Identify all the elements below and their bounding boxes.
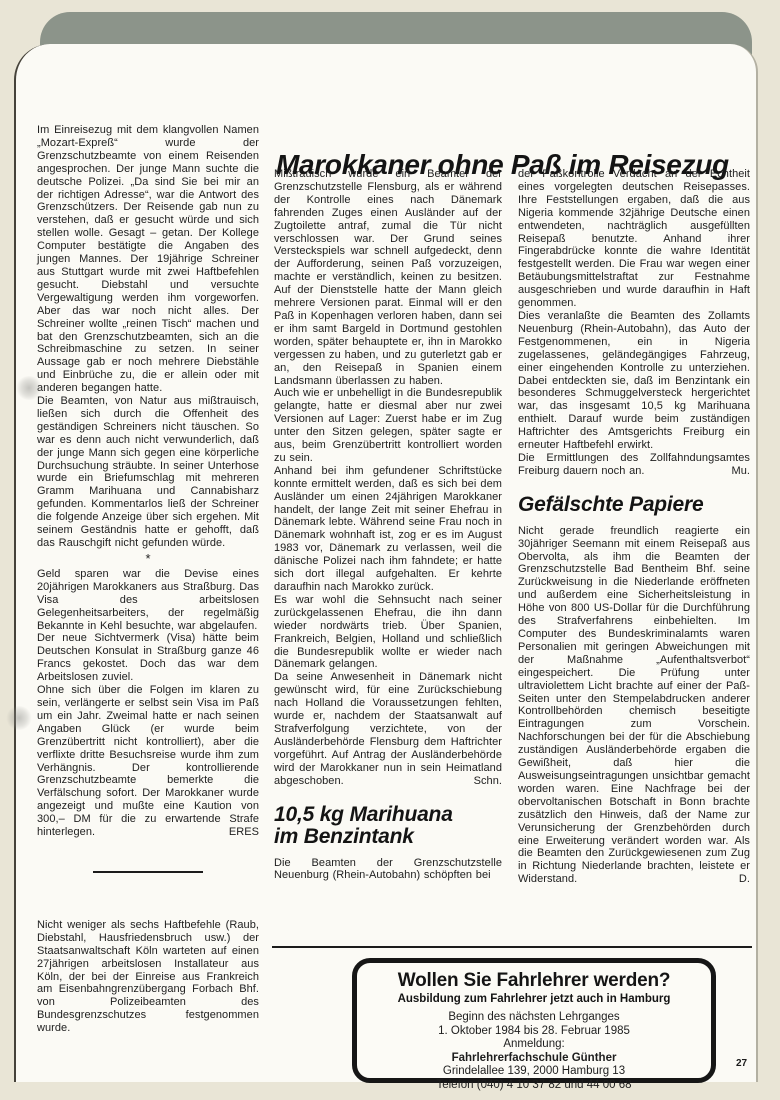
author-byline: Mu.	[724, 465, 751, 478]
magazine-page: { "page": { "number": "27" }, "colors": …	[0, 0, 780, 1100]
article-paragraph: Die Ermittlungen des Zollfahndungsamtes …	[518, 452, 750, 478]
right-column: der Paßkontrolle Verdacht an der Echthei…	[518, 168, 750, 886]
article-paragraph: Nicht weniger als sechs Haftbefehle (Rau…	[37, 919, 259, 1035]
ad-line: Anmeldung:	[357, 1038, 711, 1052]
article-paragraph: der Paßkontrolle Verdacht an der Echthei…	[518, 168, 750, 310]
paragraph-text: Nicht gerade freundlich reagierte ein 30…	[518, 525, 750, 885]
article-paragraph: Die Beamten der Grenzschutzstelle Neuenb…	[274, 857, 502, 883]
page-number: 27	[736, 1058, 747, 1069]
article-paragraph: Geld sparen war die Devise eines 20jähri…	[37, 568, 259, 633]
article-paragraph: Die Beamten, von Natur aus mißtrauisch, …	[37, 395, 259, 550]
left-column: Im Einreisezug mit dem klangvollen Namen…	[37, 124, 259, 1035]
paragraph-text: Ohne sich über die Folgen im klaren zu s…	[37, 684, 259, 838]
author-byline: ERES	[221, 826, 259, 839]
article-paragraph: Mißtrauisch wurde ein Beamter der Grenzs…	[274, 168, 502, 387]
ad-phone: Telefon (040) 4 10 37 82 und 44 00 68	[357, 1079, 711, 1093]
ad-address: Grindelallee 139, 2000 Hamburg 13	[357, 1065, 711, 1079]
ad-title: Wollen Sie Fahrlehrer werden?	[357, 970, 711, 991]
fahrlehrer-ad-box: Wollen Sie Fahrlehrer werden? Ausbildung…	[352, 958, 716, 1083]
middle-column: Mißtrauisch wurde ein Beamter der Grenzs…	[274, 168, 502, 882]
ad-school-name: Fahrlehrerfachschule Günther	[357, 1052, 711, 1066]
article-paragraph: Es war wohl die Sehnsucht nach seiner zu…	[274, 594, 502, 671]
ad-separator-rule	[272, 946, 752, 948]
subheadline-papiere: Gefälschte Papiere	[518, 494, 750, 516]
article-paragraph: Der neue Sichtvermerk (Visa) hätte beim …	[37, 632, 259, 684]
article-paragraph: Ohne sich über die Folgen im klaren zu s…	[37, 684, 259, 839]
paper-smudge	[6, 706, 32, 730]
article-paragraph: Anhand bei ihm gefundener Schriftstücke …	[274, 465, 502, 594]
paper-smudge	[16, 376, 42, 400]
ad-subtitle: Ausbildung zum Fahrlehrer jetzt auch in …	[357, 992, 711, 1006]
ad-line: Beginn des nächsten Lehrganges	[357, 1011, 711, 1025]
article-paragraph: Dies veranlaßte die Beamten des Zollamts…	[518, 310, 750, 452]
section-separator-star: *	[37, 552, 259, 566]
author-byline: Schn.	[466, 775, 502, 788]
subheadline-marihuana: 10,5 kg Marihuana im Benzintank	[274, 804, 502, 848]
section-separator-rule	[93, 871, 203, 873]
article-paragraph: Nicht gerade freundlich reagierte ein 30…	[518, 525, 750, 886]
subheadline-line: im Benzintank	[274, 826, 502, 848]
author-byline: D.	[731, 873, 750, 886]
paragraph-text: Da seine Anwesenheit in Dänemark nicht g…	[274, 671, 502, 786]
article-paragraph: Im Einreisezug mit dem klangvollen Namen…	[37, 124, 259, 395]
ad-line: 1. Oktober 1984 bis 28. Februar 1985	[357, 1025, 711, 1039]
subheadline-line: 10,5 kg Marihuana	[274, 804, 502, 826]
article-paragraph: Auch wie er unbehelligt in die Bundesrep…	[274, 387, 502, 464]
article-paragraph: Da seine Anwesenheit in Dänemark nicht g…	[274, 671, 502, 787]
paragraph-text: Die Ermittlungen des Zollfahndungsamtes …	[518, 452, 750, 477]
